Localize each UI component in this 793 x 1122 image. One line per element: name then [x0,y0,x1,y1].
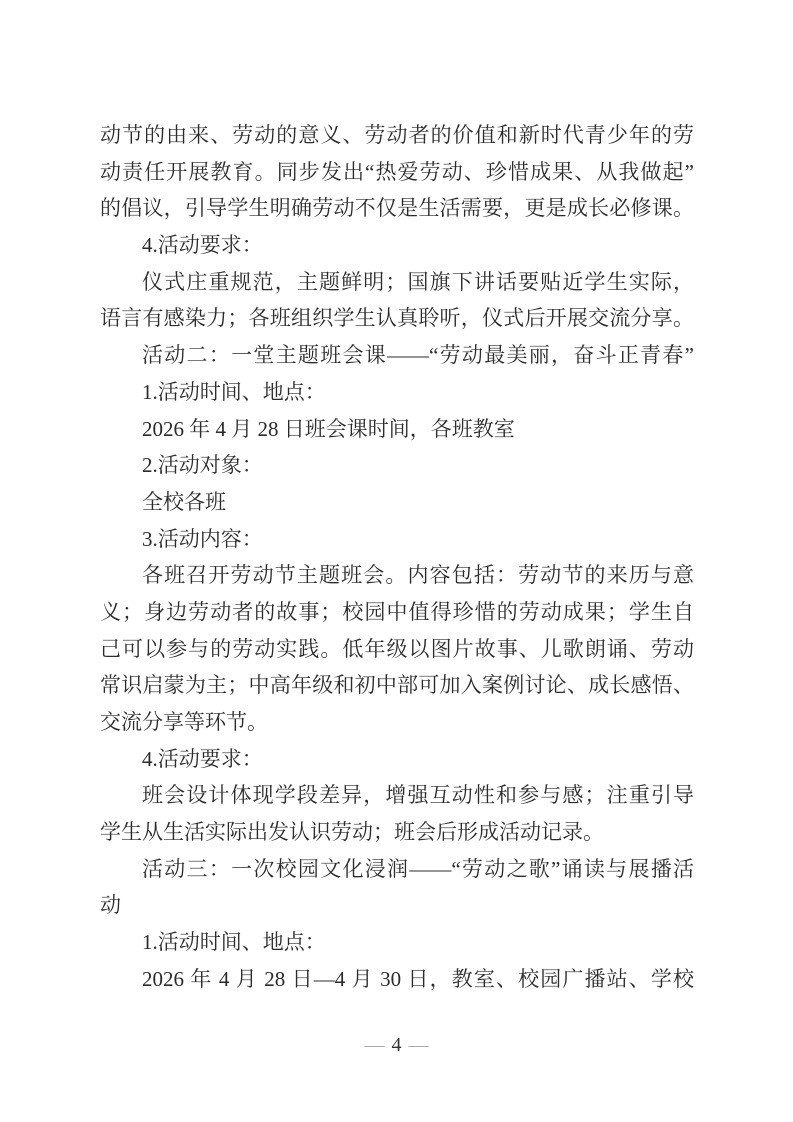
text-line: 各班召开劳动节主题班会。内容包括：劳动节的来历与意 [100,557,694,594]
text-line: 班会设计体现学段差异，增强互动性和参与感；注重引导 [100,777,694,814]
text-line: 全校各班 [100,484,694,521]
text-line: 2026 年 4 月 28 日班会课时间，各班教室 [100,411,694,448]
document-page: 动节的由来、劳动的意义、劳动者的价值和新时代青少年的劳动责任开展教育。同步发出“… [0,0,793,1122]
text-line: 常识启蒙为主；中高年级和初中部可加入案例讨论、成长感悟、 [100,667,694,704]
page-footer: —4— [0,1033,793,1057]
text-lines: 动节的由来、劳动的意义、劳动者的价值和新时代青少年的劳动责任开展教育。同步发出“… [100,117,694,998]
text-line: 动节的由来、劳动的意义、劳动者的价值和新时代青少年的劳 [100,117,694,154]
text-line: 语言有感染力；各班组织学生认真聆听，仪式后开展交流分享。 [100,300,694,337]
text-line: 活动二：一堂主题班会课——“劳动最美丽，奋斗正青春” [100,337,694,374]
text-line: 的倡议，引导学生明确劳动不仅是生活需要，更是成长必修课。 [100,190,694,227]
text-line: 交流分享等环节。 [100,704,694,741]
text-line: 2.活动对象： [100,447,694,484]
text-line: 活动三：一次校园文化浸润——“劳动之歌”诵读与展播活 [100,851,694,888]
text-line: 动 [100,887,694,924]
text-line: 2026 年 4 月 28 日—4 月 30 日，教室、校园广播站、学校 [100,961,694,998]
text-line: 动责任开展教育。同步发出“热爱劳动、珍惜成果、从我做起” [100,154,694,191]
text-line: 学生从生活实际出发认识劳动；班会后形成活动记录。 [100,814,694,851]
text-line: 仪式庄重规范，主题鲜明；国旗下讲话要贴近学生实际， [100,264,694,301]
text-line: 4.活动要求： [100,741,694,778]
footer-dash-right: — [402,1034,436,1056]
page-number: 4 [392,1034,402,1056]
text-line: 义；身边劳动者的故事；校园中值得珍惜的劳动成果；学生自 [100,594,694,631]
text-line: 1.活动时间、地点： [100,374,694,411]
text-line: 1.活动时间、地点： [100,924,694,961]
text-line: 4.活动要求： [100,227,694,264]
text-line: 己可以参与的劳动实践。低年级以图片故事、儿歌朗诵、劳动 [100,631,694,668]
footer-dash-left: — [358,1034,392,1056]
text-line: 3.活动内容： [100,521,694,558]
